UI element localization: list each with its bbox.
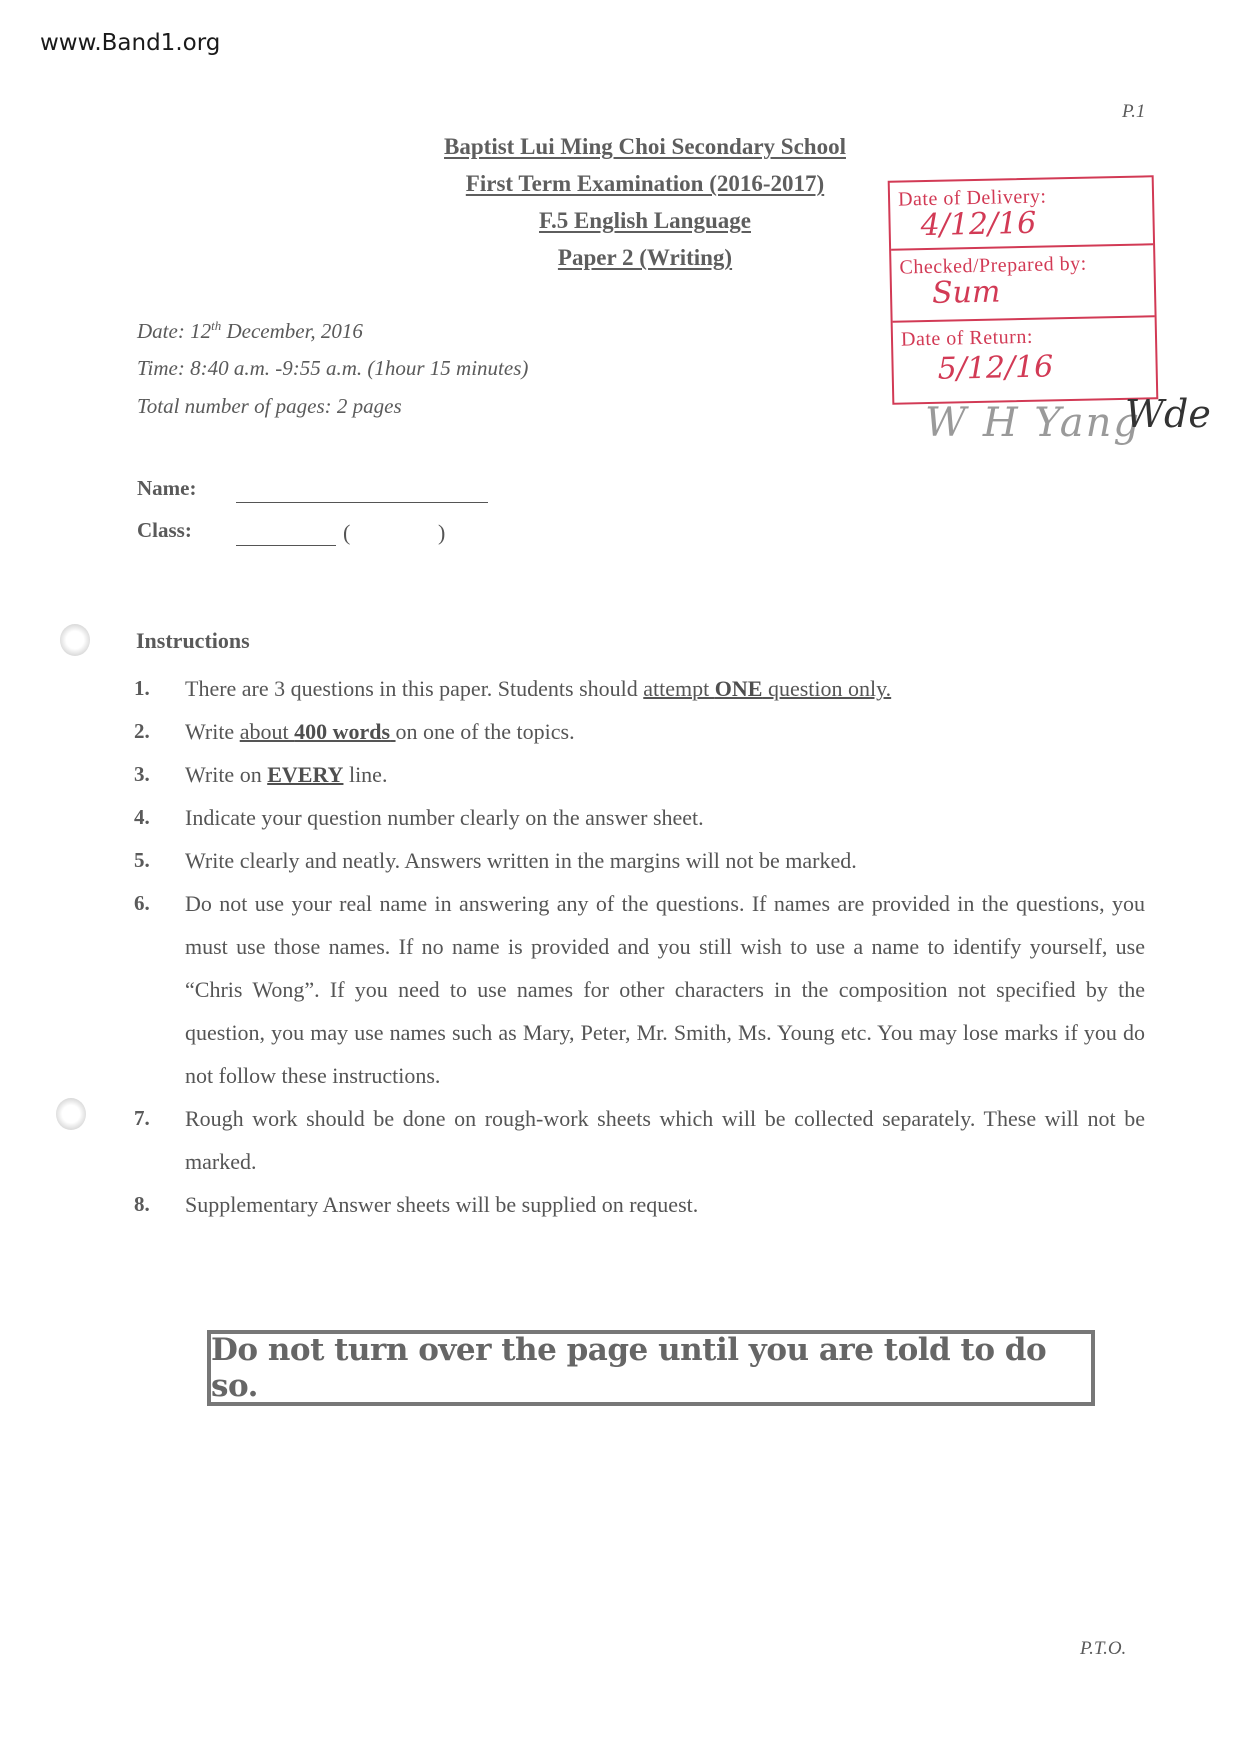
instruction-number: 5. — [134, 848, 150, 873]
instruction-text: Indicate your question number clearly on… — [185, 796, 1145, 839]
instruction-number: 1. — [134, 676, 150, 701]
instruction-text: Write about 400 words on one of the topi… — [185, 710, 1145, 753]
notice-text: Do not turn over the page until you are … — [211, 1332, 1091, 1404]
instruction-text: There are 3 questions in this paper. Stu… — [185, 667, 1145, 710]
class-number-field[interactable] — [358, 520, 438, 546]
name-label: Name: — [137, 476, 196, 501]
please-turn-over: P.T.O. — [1080, 1638, 1126, 1660]
instruction-number: 8. — [134, 1192, 150, 1217]
stamp-delivery-value: 4/12/16 — [920, 206, 1036, 243]
instruction-text: Do not use your real name in answering a… — [185, 882, 1145, 1097]
instruction-text: Supplementary Answer sheets will be supp… — [185, 1183, 1145, 1226]
stamp-checked-signature: Sum — [932, 274, 1001, 310]
instructions-heading: Instructions — [136, 628, 250, 654]
class-label: Class: — [137, 518, 192, 543]
exam-time: Time: 8:40 a.m. -9:55 a.m. (1hour 15 min… — [137, 356, 528, 381]
punch-hole-icon — [60, 624, 90, 656]
instruction-number: 2. — [134, 719, 150, 744]
stamp-return-value: 5/12/16 — [937, 349, 1053, 386]
exam-date: Date: 12th December, 2016 — [137, 318, 363, 344]
class-field[interactable] — [236, 545, 336, 546]
stamp-return-cell: Date of Return: 5/12/16 — [893, 317, 1157, 400]
total-pages: Total number of pages: 2 pages — [137, 394, 402, 419]
instruction-number: 4. — [134, 805, 150, 830]
instruction-text: Write clearly and neatly. Answers writte… — [185, 839, 1145, 882]
class-number-close-paren: ) — [438, 520, 445, 546]
instruction-number: 6. — [134, 891, 150, 916]
name-field[interactable] — [236, 502, 488, 503]
watermark-url: www.Band1.org — [40, 30, 220, 56]
punch-hole-icon — [56, 1098, 86, 1130]
stamp-return-label: Date of Return: — [901, 326, 1033, 352]
instruction-number: 3. — [134, 762, 150, 787]
stamp-delivery-cell: Date of Delivery: 4/12/16 — [890, 177, 1153, 250]
page-number: P.1 — [1122, 101, 1145, 123]
do-not-turn-notice: Do not turn over the page until you are … — [207, 1330, 1095, 1406]
class-number-open-paren: ( — [343, 520, 350, 546]
instruction-text: Rough work should be done on rough-work … — [185, 1097, 1145, 1183]
instruction-number: 7. — [134, 1106, 150, 1131]
approval-stamp: Date of Delivery: 4/12/16 Checked/Prepar… — [888, 175, 1159, 405]
school-name: Baptist Lui Ming Choi Secondary School — [0, 134, 1240, 160]
stamp-checked-cell: Checked/Prepared by: Sum — [891, 245, 1154, 322]
instruction-text: Write on EVERY line. — [185, 753, 1145, 796]
handwritten-name: W H Yang — [925, 400, 1141, 446]
handwritten-initials: Wde — [1125, 392, 1211, 436]
